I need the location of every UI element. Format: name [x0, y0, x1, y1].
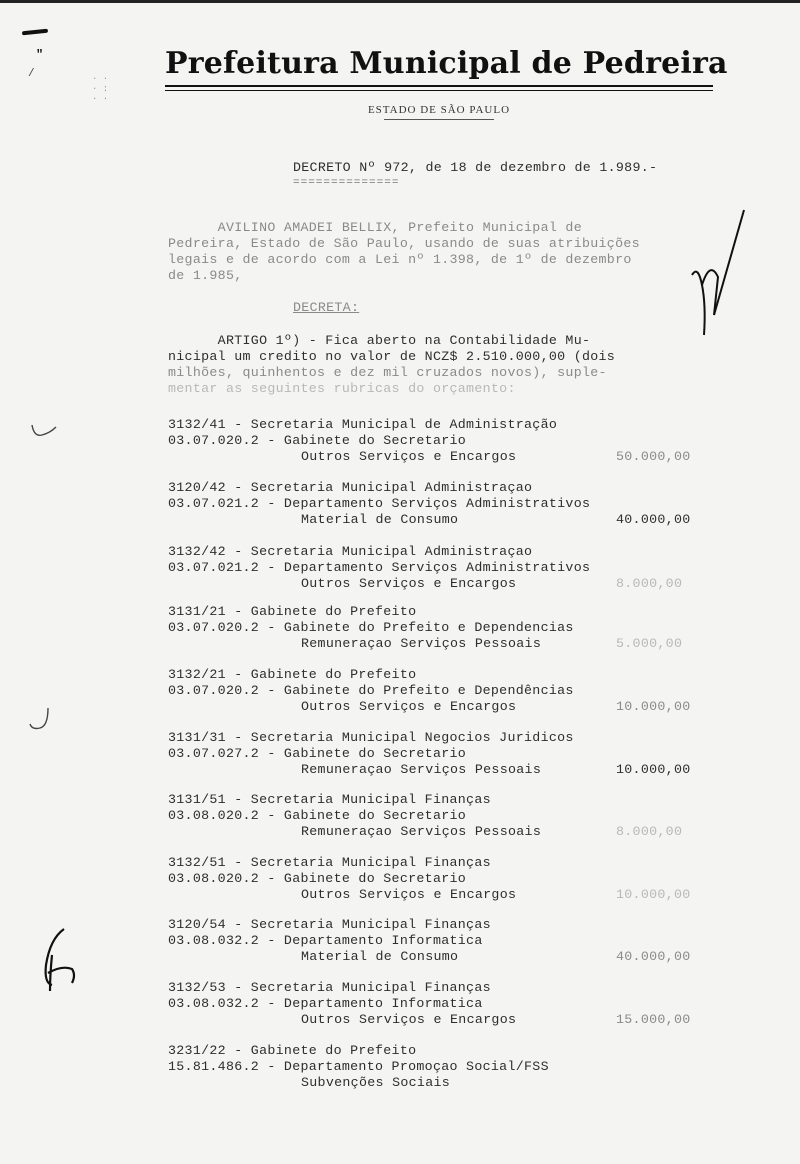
- entry-code: 3131/51 - Secretaria Municipal Finanças: [168, 792, 728, 808]
- entry-amount: 10.000,00: [616, 762, 726, 778]
- article-line: mentar as seguintes rubricas do orçament…: [168, 381, 516, 396]
- entry-code: 3132/51 - Secretaria Municipal Finanças: [168, 855, 728, 871]
- letterhead-subtitle: ESTADO DE SÃO PAULO: [165, 104, 713, 116]
- entry-description: Material de Consumo: [301, 512, 616, 528]
- decreta-label: DECRETA:: [293, 300, 359, 315]
- entry-unit: 03.08.020.2 - Gabinete do Secretario: [168, 808, 728, 824]
- budget-entry: 3120/42 - Secretaria Municipal Administr…: [168, 480, 728, 528]
- entry-unit: 03.07.027.2 - Gabinete do Secretario: [168, 746, 728, 762]
- entry-code: 3132/21 - Gabinete do Prefeito: [168, 667, 728, 683]
- entry-amount: 10.000,00: [616, 699, 726, 715]
- entry-unit: 03.08.032.2 - Departamento Informatica: [168, 933, 728, 949]
- entry-unit: 03.07.021.2 - Departamento Serviços Admi…: [168, 496, 728, 512]
- entry-description: Remuneraçao Serviços Pessoais: [301, 762, 616, 778]
- budget-entry: 3132/42 - Secretaria Municipal Administr…: [168, 544, 728, 592]
- margin-initials: [38, 925, 83, 995]
- letterhead-rule: [165, 85, 713, 91]
- entry-code: 3132/53 - Secretaria Municipal Finanças: [168, 980, 728, 996]
- budget-entry: 3120/54 - Secretaria Municipal Finanças …: [168, 917, 728, 965]
- entry-code: 3131/21 - Gabinete do Prefeito: [168, 604, 728, 620]
- entry-code: 3132/42 - Secretaria Municipal Administr…: [168, 544, 728, 560]
- margin-tick-mark: [26, 700, 56, 740]
- entry-unit: 03.07.020.2 - Gabinete do Secretario: [168, 433, 728, 449]
- entry-code: 3120/54 - Secretaria Municipal Finanças: [168, 917, 728, 933]
- preamble-line: legais e de acordo com a Lei nº 1.398, d…: [168, 252, 632, 267]
- scan-edge: [0, 0, 800, 3]
- signature-initials: [680, 205, 750, 345]
- entry-amount: 8.000,00: [616, 824, 726, 840]
- entry-description: Remuneraçao Serviços Pessoais: [301, 636, 616, 652]
- entry-amount: 50.000,00: [616, 449, 726, 465]
- article-line: milhões, quinhentos e dez mil cruzados n…: [168, 365, 607, 380]
- entry-unit: 03.07.020.2 - Gabinete do Prefeito e Dep…: [168, 620, 728, 636]
- entry-unit: 03.08.020.2 - Gabinete do Secretario: [168, 871, 728, 887]
- letterhead-title: Prefeitura Municipal de Pedreira: [165, 46, 713, 81]
- entry-unit: 03.07.021.2 - Departamento Serviços Admi…: [168, 560, 728, 576]
- document-page: " / · ·· :· · Prefeitura Municipal de Pe…: [0, 0, 800, 1164]
- budget-entry: 3131/31 - Secretaria Municipal Negocios …: [168, 730, 728, 778]
- entry-amount: [616, 1075, 726, 1091]
- entry-code: 3120/42 - Secretaria Municipal Administr…: [168, 480, 728, 496]
- entry-description: Subvenções Sociais: [301, 1075, 616, 1091]
- decree-heading: DECRETO Nº 972, de 18 de dezembro de 1.9…: [293, 160, 657, 175]
- margin-mark: [22, 29, 48, 36]
- entry-unit: 03.08.032.2 - Departamento Informatica: [168, 996, 728, 1012]
- entry-amount: 40.000,00: [616, 512, 726, 528]
- article-line: nicipal um credito no valor de NCZ$ 2.51…: [168, 349, 615, 364]
- budget-entry: 3132/51 - Secretaria Municipal Finanças …: [168, 855, 728, 903]
- budget-entry: 3131/51 - Secretaria Municipal Finanças …: [168, 792, 728, 840]
- entry-amount: 8.000,00: [616, 576, 726, 592]
- margin-mark: /: [28, 68, 35, 80]
- budget-entry: 3132/41 - Secretaria Municipal de Admini…: [168, 417, 728, 465]
- entry-amount: 40.000,00: [616, 949, 726, 965]
- entry-description: Outros Serviços e Encargos: [301, 1012, 616, 1028]
- budget-entry: 3132/21 - Gabinete do Prefeito 03.07.020…: [168, 667, 728, 715]
- entry-description: Outros Serviços e Encargos: [301, 576, 616, 592]
- entry-unit: 03.07.020.2 - Gabinete do Prefeito e Dep…: [168, 683, 728, 699]
- preamble-line: Pedreira, Estado de São Paulo, usando de…: [168, 236, 640, 251]
- preamble-line: de 1.985,: [168, 268, 243, 283]
- subtitle-rule: [384, 119, 494, 120]
- decree-heading-underline: ==============: [293, 177, 399, 189]
- budget-entry: 3132/53 - Secretaria Municipal Finanças …: [168, 980, 728, 1028]
- entry-code: 3231/22 - Gabinete do Prefeito: [168, 1043, 728, 1059]
- entry-description: Outros Serviços e Encargos: [301, 449, 616, 465]
- letterhead: Prefeitura Municipal de Pedreira ESTADO …: [165, 46, 713, 120]
- entry-description: Remuneraçao Serviços Pessoais: [301, 824, 616, 840]
- entry-description: Outros Serviços e Encargos: [301, 887, 616, 903]
- faded-stamp: · ·· :· ·: [92, 74, 108, 104]
- entry-amount: 15.000,00: [616, 1012, 726, 1028]
- article-line: ARTIGO 1º) - Fica aberto na Contabilidad…: [168, 333, 590, 348]
- budget-entry: 3231/22 - Gabinete do Prefeito 15.81.486…: [168, 1043, 728, 1091]
- entry-code: 3131/31 - Secretaria Municipal Negocios …: [168, 730, 728, 746]
- entry-unit: 15.81.486.2 - Departamento Promoçao Soci…: [168, 1059, 728, 1075]
- entry-amount: 5.000,00: [616, 636, 726, 652]
- entry-code: 3132/41 - Secretaria Municipal de Admini…: [168, 417, 728, 433]
- entry-description: Material de Consumo: [301, 949, 616, 965]
- margin-mark: ": [36, 48, 43, 62]
- preamble-line: AVILINO AMADEI BELLIX, Prefeito Municipa…: [168, 220, 582, 235]
- entry-amount: 10.000,00: [616, 887, 726, 903]
- budget-entry: 3131/21 - Gabinete do Prefeito 03.07.020…: [168, 604, 728, 652]
- entry-description: Outros Serviços e Encargos: [301, 699, 616, 715]
- margin-tick-mark: [26, 415, 66, 445]
